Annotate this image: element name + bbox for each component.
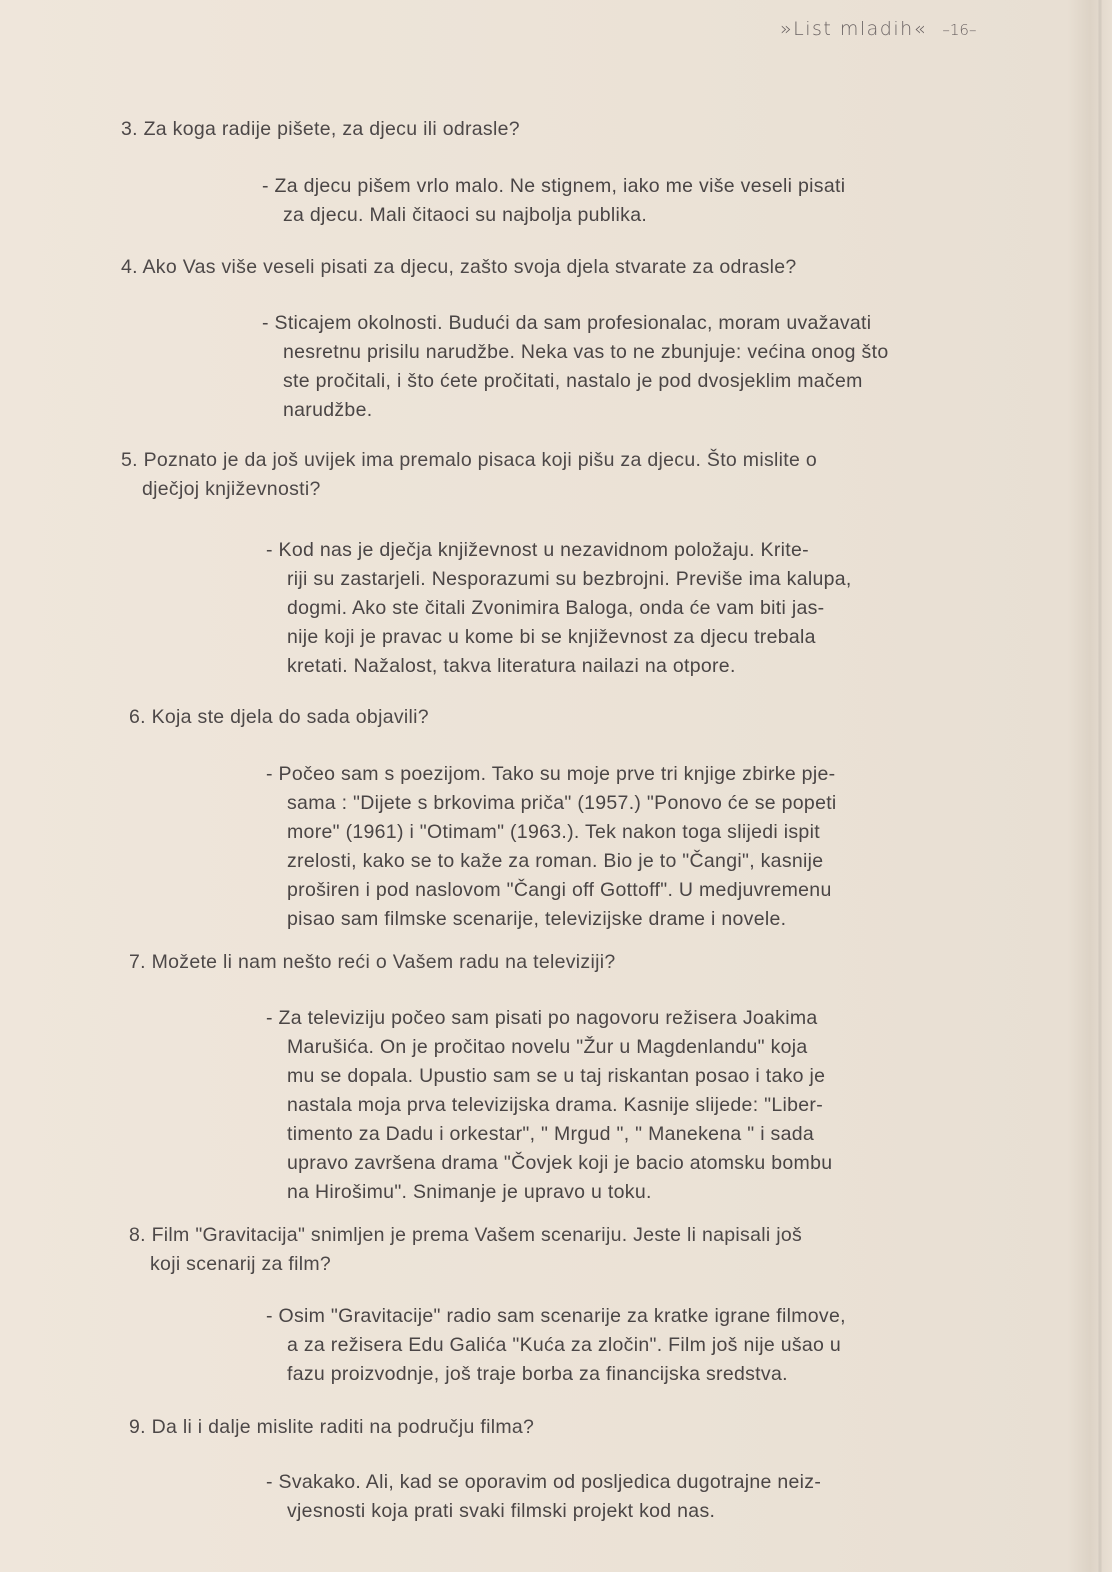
page-edge-shadow: [1098, 0, 1102, 1572]
answer-6: - Počeo sam s poezijom. Tako su moje prv…: [266, 760, 837, 934]
question-6: 6. Koja ste djela do sada objavili?: [129, 703, 429, 732]
question-8: 8. Film "Gravitacija" snimljen je prema …: [129, 1221, 802, 1279]
answer-7: - Za televiziju počeo sam pisati po nago…: [266, 1004, 832, 1207]
answer-8: - Osim "Gravitacije" radio sam scenarije…: [266, 1302, 846, 1389]
answer-3: - Za djecu pišem vrlo malo. Ne stignem, …: [262, 172, 845, 230]
publication-title: »List mladih«: [780, 18, 927, 40]
answer-4: - Sticajem okolnosti. Budući da sam prof…: [262, 309, 888, 425]
page-number: –16–: [942, 21, 976, 39]
question-4: 4. Ako Vas više veseli pisati za djecu, …: [121, 253, 797, 282]
question-5: 5. Poznato je da još uvijek ima premalo …: [121, 446, 817, 504]
running-header: »List mladih« –16–: [780, 18, 976, 40]
question-3: 3. Za koga radije pišete, za djecu ili o…: [121, 115, 520, 144]
answer-5: - Kod nas je dječja književnost u nezavi…: [266, 536, 852, 681]
question-9: 9. Da li i dalje mislite raditi na podru…: [129, 1413, 534, 1442]
question-7: 7. Možete li nam nešto reći o Vašem radu…: [129, 948, 616, 977]
answer-9: - Svakako. Ali, kad se oporavim od poslj…: [266, 1468, 821, 1526]
